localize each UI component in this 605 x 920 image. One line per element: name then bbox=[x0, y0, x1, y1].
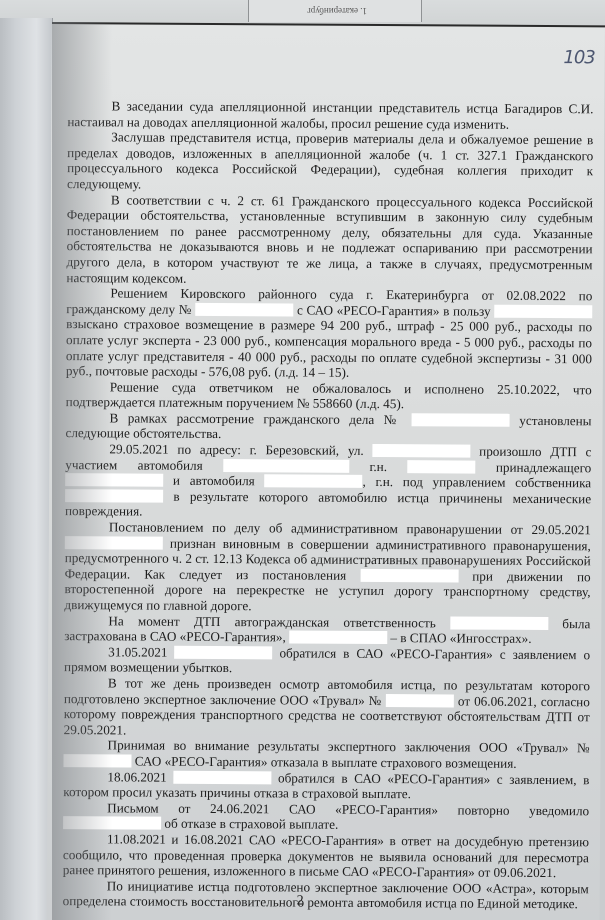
mirrored-text: 1. екатеринбург bbox=[307, 6, 367, 16]
handwritten-page-mark: 103 bbox=[563, 47, 594, 68]
paragraph: Письмом от 24.06.2021 САО «РЕСО-Гарантия… bbox=[63, 800, 589, 834]
paragraph-text: В рамках рассмотрение гражданского дела … bbox=[110, 410, 412, 427]
document-binding bbox=[0, 18, 53, 920]
paragraph: В заседании суда апелляционной инстанции… bbox=[67, 98, 593, 132]
redaction-box bbox=[195, 303, 293, 317]
redaction-box bbox=[360, 569, 458, 583]
redaction-box bbox=[173, 770, 271, 784]
paragraph-text: В заседании суда апелляционной инстанции… bbox=[67, 98, 593, 131]
paragraph-text: Решение суда ответчиком не обжаловалось … bbox=[66, 379, 592, 411]
redaction-box bbox=[494, 304, 592, 318]
document-page: 103 В заседании суда апелляционной инста… bbox=[47, 22, 605, 920]
paragraph: Заслушав представителя истца, проверив м… bbox=[67, 129, 593, 195]
paragraph: 18.06.2021 обратился в САО «РЕСО-Гаранти… bbox=[63, 769, 589, 803]
underlying-page-tab: 1. екатеринбург bbox=[248, 0, 422, 22]
paragraph-text: об отказе в страховой выплате. bbox=[161, 816, 338, 832]
paragraph-text: 11.08.2021 и 16.08.2021 САО «РЕСО-Гарант… bbox=[63, 831, 589, 880]
redaction-box bbox=[412, 413, 510, 427]
redaction-box bbox=[174, 646, 272, 660]
paragraph: На момент ДТП автогражданская ответствен… bbox=[64, 613, 590, 647]
paragraph: 29.05.2021 по адресу: г. Березовский, ул… bbox=[65, 441, 591, 522]
paragraph-text: В соответствии с ч. 2 ст. 61 Гражданског… bbox=[66, 192, 593, 285]
redaction-box bbox=[289, 631, 387, 645]
paragraph-text: г.н. bbox=[349, 458, 407, 473]
paragraph-text: принадлежащего bbox=[475, 459, 591, 475]
paragraph-text: , г.н. под управлением собственника bbox=[362, 474, 591, 490]
paragraph: В тот же день произведен осмотр автомоби… bbox=[64, 675, 590, 741]
paragraph: По инициативе истца подготовлено эксперт… bbox=[63, 878, 589, 912]
paragraph-text: По инициативе истца подготовлено эксперт… bbox=[63, 878, 589, 911]
redaction-box bbox=[372, 444, 470, 458]
paragraph: Решение суда ответчиком не обжаловалось … bbox=[66, 379, 592, 413]
paragraph-text: САО «РЕСО-Гарантия» отказала в выплате с… bbox=[131, 753, 516, 770]
paragraph: В рамках рассмотрение гражданского дела … bbox=[65, 410, 591, 444]
paragraph: 11.08.2021 и 16.08.2021 САО «РЕСО-Гарант… bbox=[63, 831, 589, 881]
redaction-box bbox=[223, 459, 349, 473]
paragraph-text: Заслушав представителя истца, проверив м… bbox=[67, 130, 593, 192]
redaction-box bbox=[386, 694, 454, 707]
paragraph-text: взыскано страховое возмещение в размере … bbox=[66, 316, 592, 380]
paragraph: 31.05.2021 обратился в САО «РЕСО-Гаранти… bbox=[64, 644, 590, 678]
paragraph: Решением Кировского районного суда г. Ек… bbox=[66, 285, 593, 382]
redaction-box bbox=[264, 475, 362, 489]
page-number: 2 bbox=[297, 894, 304, 910]
paragraph: Постановлением по делу об административн… bbox=[64, 519, 591, 616]
paragraph-text: 31.05.2021 bbox=[108, 644, 174, 659]
paragraph-text: 18.06.2021 bbox=[107, 769, 173, 784]
paragraph-text: с САО «РЕСО-Гарантия» в пользу bbox=[293, 302, 494, 318]
paragraph-text: На момент ДТП автогражданская ответствен… bbox=[108, 613, 450, 630]
paragraph-text: и автомобиля bbox=[163, 473, 264, 489]
redaction-box bbox=[450, 616, 548, 630]
paragraph-text: 29.05.2021 по адресу: г. Березовский, ул… bbox=[109, 441, 372, 458]
redaction-box bbox=[407, 460, 475, 473]
paragraph: В соответствии с ч. 2 ст. 61 Гражданског… bbox=[66, 192, 593, 289]
document-body: В заседании суда апелляционной инстанции… bbox=[63, 98, 594, 912]
paragraph: Принимая во внимание результаты экспертн… bbox=[63, 737, 589, 771]
paragraph-text: – в СПАО «Ингосстрах». bbox=[387, 630, 532, 646]
binding-shadow bbox=[52, 22, 112, 920]
